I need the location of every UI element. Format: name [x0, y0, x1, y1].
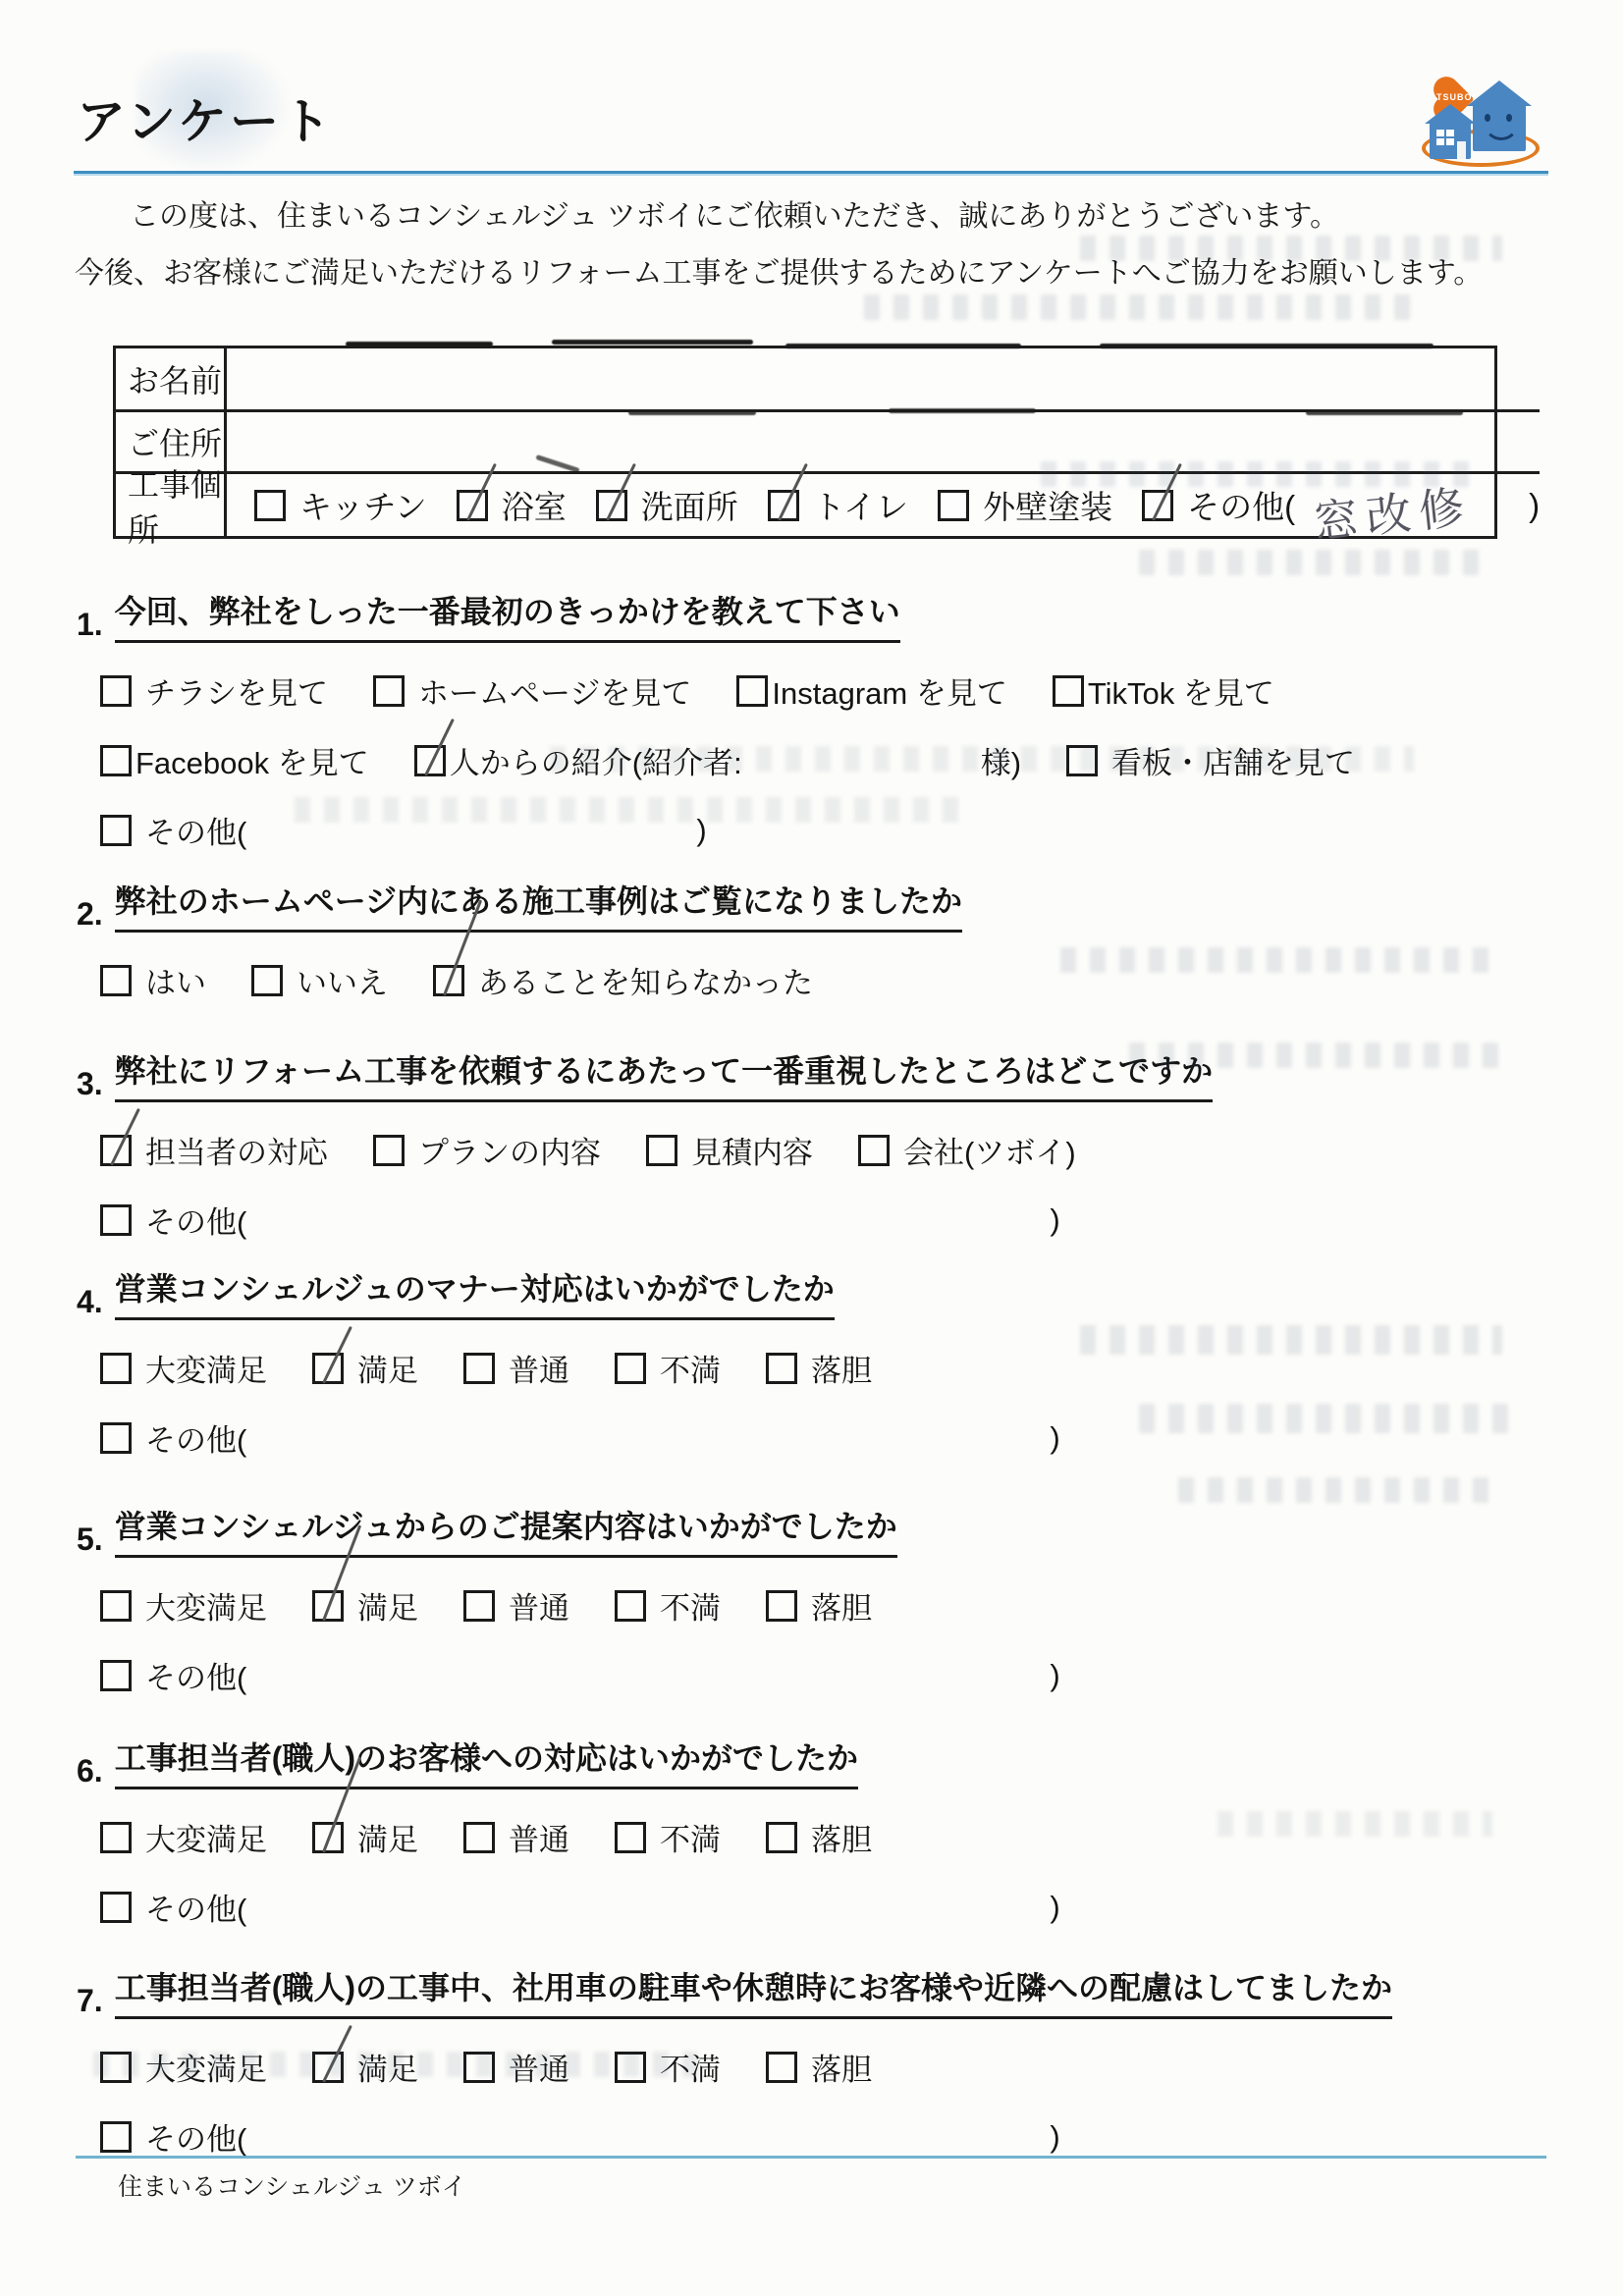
question-options: チラシを見てホームページを見てInstagram を見てTikTok を見てFa…: [77, 668, 1594, 852]
survey-option: チラシを見て: [100, 668, 328, 713]
checkbox[interactable]: [615, 1590, 646, 1622]
question-title: 工事担当者(職人)のお客様への対応はいかがでしたか: [115, 1734, 858, 1789]
option-suffix: 様): [981, 738, 1021, 782]
checkbox-checked[interactable]: [312, 1822, 344, 1853]
option-label: その他(: [1187, 482, 1295, 528]
survey-option: 浴室: [457, 482, 567, 528]
checkbox[interactable]: [100, 1590, 132, 1622]
option-label: 大変満足: [145, 1815, 267, 1859]
checkbox-checked[interactable]: [312, 2052, 344, 2083]
option-line: チラシを見てホームページを見てInstagram を見てTikTok を見て: [77, 668, 1594, 713]
survey-option: その他(): [100, 1653, 1060, 1697]
survey-option: ホームページを見て: [373, 668, 691, 713]
question-heading: 1. 今回、弊社をしった一番最初のきっかけを教えて下さい: [77, 587, 1594, 643]
option-label: 落胆: [811, 1815, 872, 1859]
fill-in-blank-space[interactable]: [260, 829, 682, 831]
question-5: 5. 営業コンシェルジュからのご提案内容はいかがでしたか 大変満足満足普通不満落…: [77, 1502, 1594, 1697]
option-label: あることを知らなかった: [478, 958, 813, 1002]
checkbox[interactable]: [463, 1353, 495, 1384]
option-label: その他(: [145, 1653, 246, 1697]
survey-option: 普通: [463, 1583, 569, 1628]
option-label: 満足: [357, 1346, 418, 1390]
checkbox[interactable]: [100, 965, 132, 996]
checkbox[interactable]: [100, 1353, 132, 1384]
checkbox[interactable]: [100, 1822, 132, 1853]
checkbox[interactable]: [1053, 675, 1084, 707]
option-suffix: ): [1050, 1658, 1059, 1693]
option-label: その他(: [145, 808, 246, 852]
survey-option: 会社(ツボイ): [858, 1128, 1076, 1172]
option-label: プランの内容: [418, 1128, 601, 1172]
survey-option: その他(): [100, 1415, 1060, 1460]
survey-option: プランの内容: [373, 1128, 601, 1172]
checkbox[interactable]: [373, 675, 405, 707]
question-2: 2. 弊社のホームページ内にある施工事例はご覧になりましたか はいいいえあること…: [77, 877, 1594, 1002]
option-line: 担当者の対応プランの内容見積内容会社(ツボイ): [77, 1128, 1594, 1172]
checkbox[interactable]: [100, 1422, 132, 1454]
fill-in-blank-space[interactable]: [1489, 505, 1515, 507]
checkbox[interactable]: [1066, 745, 1098, 776]
option-label: 人からの紹介(紹介者:: [450, 738, 742, 782]
checkbox[interactable]: [938, 490, 969, 521]
option-suffix: ): [1050, 1202, 1059, 1238]
option-label: 浴室: [502, 482, 567, 528]
question-7: 7. 工事担当者(職人)の工事中、社用車の駐車や休憩時にお客様や近隣への配慮はし…: [77, 1963, 1594, 2159]
small-house-icon: [1430, 122, 1471, 159]
question-title: 営業コンシェルジュのマナー対応はいかがでしたか: [115, 1264, 835, 1320]
question-number: 4.: [77, 1284, 103, 1320]
house-door-icon: [1457, 141, 1466, 159]
redaction-streak: [552, 340, 753, 345]
house-smiley-icon: [1473, 104, 1526, 151]
checkbox[interactable]: [100, 1204, 132, 1236]
option-label: ホームページを見て: [418, 668, 691, 713]
survey-option: 満足: [312, 1815, 418, 1859]
question-number: 6.: [77, 1753, 103, 1789]
question-options: 担当者の対応プランの内容見積内容会社(ツボイ)その他(): [77, 1128, 1594, 1242]
question-heading: 3. 弊社にリフォーム工事を依頼するにあたって一番重視したところはどこですか: [77, 1046, 1594, 1102]
option-label: 普通: [509, 1346, 569, 1390]
scanned-survey-page: アンケート TSUBOI この度は、住まいるコンシェルジュ ツボイにご依頼いただ…: [0, 0, 1623, 2296]
question-options: 大変満足満足普通不満落胆その他(): [77, 2045, 1594, 2159]
survey-option: 落胆: [766, 1346, 872, 1390]
question-3: 3. 弊社にリフォーム工事を依頼するにあたって一番重視したところはどこですか 担…: [77, 1046, 1594, 1242]
checkbox[interactable]: [251, 965, 283, 996]
survey-option: 洗面所: [596, 482, 738, 528]
survey-option: いいえ: [251, 958, 388, 1002]
checkbox[interactable]: [100, 1660, 132, 1691]
fill-in-blank-space[interactable]: [260, 1437, 1036, 1439]
option-label: キッチン: [299, 482, 427, 528]
option-label: 看板・店舗を見て: [1111, 738, 1355, 782]
name-field[interactable]: [227, 348, 1540, 409]
footer-divider: [76, 2156, 1546, 2159]
survey-option: キッチン: [254, 482, 427, 528]
survey-option: 見積内容: [646, 1128, 813, 1172]
option-line: 大変満足満足普通不満落胆: [77, 1346, 1594, 1390]
survey-option: はい: [100, 958, 206, 1002]
checkbox[interactable]: [463, 1590, 495, 1622]
checkbox[interactable]: [254, 490, 286, 521]
survey-option: 人からの紹介(紹介者:様): [414, 738, 1021, 782]
survey-option: 大変満足: [100, 2045, 267, 2089]
option-line: 大変満足満足普通不満落胆: [77, 1583, 1594, 1628]
checkbox-checked[interactable]: [312, 1353, 344, 1384]
question-number: 2.: [77, 896, 103, 933]
survey-option: 看板・店舗を見て: [1066, 738, 1355, 782]
survey-option: 大変満足: [100, 1346, 267, 1390]
option-line: その他(): [77, 1198, 1594, 1242]
question-number: 5.: [77, 1522, 103, 1558]
bleed-through-artifact: [1139, 550, 1492, 575]
fill-in-blank-space[interactable]: [260, 1675, 1036, 1677]
survey-option: 落胆: [766, 2045, 872, 2089]
option-line: 大変満足満足普通不満落胆: [77, 2045, 1594, 2089]
option-label: 落胆: [811, 1346, 872, 1390]
checkbox[interactable]: [373, 1135, 405, 1166]
question-heading: 2. 弊社のホームページ内にある施工事例はご覧になりましたか: [77, 877, 1594, 933]
checkbox[interactable]: [100, 675, 132, 707]
survey-option: その他(): [100, 808, 707, 852]
option-label: 落胆: [811, 1583, 872, 1628]
checkbox[interactable]: [100, 1892, 132, 1923]
survey-option: 落胆: [766, 1583, 872, 1628]
checkbox[interactable]: [736, 675, 768, 707]
option-label: 不満: [660, 1583, 721, 1628]
survey-option: トイレ: [768, 482, 908, 528]
fill-in-blank-space[interactable]: [260, 1219, 1036, 1221]
option-line: 大変満足満足普通不満落胆: [77, 1815, 1594, 1859]
checkbox-checked[interactable]: [100, 1135, 132, 1166]
option-label: 普通: [509, 1583, 569, 1628]
tsuboi-logo: TSUBOI: [1422, 71, 1542, 167]
checkbox[interactable]: [766, 1822, 797, 1853]
survey-option: 外壁塗装: [938, 482, 1112, 528]
option-label: チラシを見て: [145, 668, 328, 713]
option-label: 担当者の対応: [145, 1128, 328, 1172]
question-number: 7.: [77, 1983, 103, 2019]
survey-option: 満足: [312, 1583, 418, 1628]
customer-info-table: お名前 ご住所 工事個所 キッチン浴室洗面所トイレ外壁塗装その他(窓改修): [113, 346, 1497, 539]
page-title: アンケート: [77, 82, 334, 153]
option-label: その他(: [145, 1415, 246, 1460]
survey-option: 担当者の対応: [100, 1128, 328, 1172]
fill-in-blank-space[interactable]: [260, 2136, 1036, 2138]
question-options: 大変満足満足普通不満落胆その他(): [77, 1583, 1594, 1697]
question-4: 4. 営業コンシェルジュのマナー対応はいかがでしたか 大変満足満足普通不満落胆そ…: [77, 1264, 1594, 1460]
option-label: Facebook を見て: [135, 738, 369, 782]
option-label: トイレ: [813, 482, 908, 528]
checkbox-checked[interactable]: [1142, 490, 1173, 521]
work-area-row-label: 工事個所: [116, 471, 227, 536]
option-label: 大変満足: [145, 1583, 267, 1628]
option-label: 満足: [357, 1815, 418, 1859]
checkbox[interactable]: [100, 745, 132, 776]
footer-company-name: 住まいるコンシェルジュ ツボイ: [118, 2167, 466, 2203]
option-label: TikTok を見て: [1088, 668, 1274, 713]
option-suffix: ): [1050, 2119, 1059, 2155]
option-suffix: ): [1050, 1420, 1059, 1456]
option-label: その他(: [145, 1198, 246, 1242]
question-title: 工事担当者(職人)の工事中、社用車の駐車や休憩時にお客様や近隣への配慮はしてまし…: [115, 1963, 1392, 2019]
option-suffix: ): [1050, 1890, 1059, 1925]
survey-option: Facebook を見て: [100, 738, 369, 782]
question-title: 弊社にリフォーム工事を依頼するにあたって一番重視したところはどこですか: [115, 1046, 1213, 1102]
option-label: その他(: [145, 1885, 246, 1929]
checkbox[interactable]: [766, 1590, 797, 1622]
checkbox[interactable]: [100, 2052, 132, 2083]
option-label: 見積内容: [691, 1128, 813, 1172]
checkbox[interactable]: [100, 2121, 132, 2153]
intro-line-2: 今後、お客様にご満足いただけるリフォーム工事をご提供するためにアンケートへご協力…: [75, 245, 1577, 302]
option-suffix: ): [1529, 487, 1540, 524]
question-options: 大変満足満足普通不満落胆その他(): [77, 1346, 1594, 1460]
question-6: 6. 工事担当者(職人)のお客様への対応はいかがでしたか 大変満足満足普通不満落…: [77, 1734, 1594, 1929]
option-label: はい: [145, 958, 206, 1002]
option-line: その他(): [77, 808, 1594, 852]
option-label: 普通: [509, 2045, 569, 2089]
survey-option: TikTok を見て: [1053, 668, 1274, 713]
option-label: 洗面所: [641, 482, 738, 528]
option-line: Facebook を見て人からの紹介(紹介者:様)看板・店舗を見て: [77, 738, 1594, 782]
option-label: 不満: [660, 2045, 721, 2089]
checkbox-checked[interactable]: [414, 745, 446, 776]
question-heading: 6. 工事担当者(職人)のお客様への対応はいかがでしたか: [77, 1734, 1594, 1789]
checkbox-checked[interactable]: [768, 490, 799, 521]
question-options: はいいいえあることを知らなかった: [77, 958, 1594, 1002]
checkbox[interactable]: [646, 1135, 677, 1166]
bleed-through-artifact: [1178, 1477, 1502, 1503]
checkbox-checked[interactable]: [433, 965, 464, 996]
survey-option: 不満: [615, 1346, 721, 1390]
survey-option: 大変満足: [100, 1815, 267, 1859]
house-window-icon: [1436, 130, 1454, 145]
option-label: Instagram を見て: [772, 668, 1006, 713]
survey-option: 大変満足: [100, 1583, 267, 1628]
survey-option: その他(窓改修): [1142, 473, 1540, 538]
fill-in-blank-space[interactable]: [746, 760, 977, 762]
checkbox-checked[interactable]: [457, 490, 488, 521]
question-options: 大変満足満足普通不満落胆その他(): [77, 1815, 1594, 1929]
name-row-label: お名前: [116, 348, 227, 409]
title-underline: [74, 171, 1548, 174]
survey-option: 不満: [615, 1815, 721, 1859]
option-label: 大変満足: [145, 2045, 267, 2089]
question-heading: 7. 工事担当者(職人)の工事中、社用車の駐車や休憩時にお客様や近隣への配慮はし…: [77, 1963, 1594, 2019]
option-label: 落胆: [811, 2045, 872, 2089]
option-line: その他(): [77, 1885, 1594, 1929]
question-title: 今回、弊社をしった一番最初のきっかけを教えて下さい: [115, 587, 900, 643]
option-label: 普通: [509, 1815, 569, 1859]
option-label: 不満: [660, 1346, 721, 1390]
checkbox[interactable]: [615, 2052, 646, 2083]
survey-option: 満足: [312, 2045, 418, 2089]
checkbox-checked[interactable]: [596, 490, 627, 521]
question-number: 3.: [77, 1066, 103, 1102]
checkbox[interactable]: [463, 2052, 495, 2083]
question-1: 1. 今回、弊社をしった一番最初のきっかけを教えて下さい チラシを見てホームペー…: [77, 587, 1594, 852]
option-line: その他(): [77, 2114, 1594, 2159]
survey-option: 不満: [615, 2045, 721, 2089]
survey-option: その他(): [100, 2114, 1060, 2159]
option-label: 大変満足: [145, 1346, 267, 1390]
work-area-options: キッチン浴室洗面所トイレ外壁塗装その他(窓改修): [227, 471, 1540, 536]
address-field[interactable]: [227, 409, 1540, 471]
checkbox[interactable]: [615, 1822, 646, 1853]
option-line: キッチン浴室洗面所トイレ外壁塗装その他(窓改修): [239, 473, 1540, 538]
checkbox[interactable]: [100, 815, 132, 846]
survey-option: その他(): [100, 1198, 1060, 1242]
logo-brand-text: TSUBOI: [1430, 92, 1483, 102]
option-label: いいえ: [297, 958, 388, 1002]
question-title: 弊社のホームページ内にある施工事例はご覧になりましたか: [115, 877, 962, 933]
question-heading: 5. 営業コンシェルジュからのご提案内容はいかがでしたか: [77, 1502, 1594, 1558]
option-label: 不満: [660, 1815, 721, 1859]
intro-line-1: この度は、住まいるコンシェルジュ ツボイにご依頼いただき、誠にありがとうございま…: [75, 188, 1577, 245]
survey-option: 不満: [615, 1583, 721, 1628]
question-title: 営業コンシェルジュからのご提案内容はいかがでしたか: [115, 1502, 897, 1558]
survey-option: Instagram を見て: [736, 668, 1006, 713]
option-label: 会社(ツボイ): [903, 1128, 1076, 1172]
question-heading: 4. 営業コンシェルジュのマナー対応はいかがでしたか: [77, 1264, 1594, 1320]
checkbox[interactable]: [858, 1135, 890, 1166]
question-number: 1.: [77, 607, 103, 643]
option-line: その他(): [77, 1653, 1594, 1697]
checkbox[interactable]: [615, 1353, 646, 1384]
checkbox[interactable]: [766, 1353, 797, 1384]
survey-option: 普通: [463, 2045, 569, 2089]
option-label: 外壁塗装: [983, 482, 1112, 528]
option-label: 満足: [357, 1583, 418, 1628]
option-line: はいいいえあることを知らなかった: [77, 958, 1594, 1002]
option-label: その他(: [145, 2114, 246, 2159]
option-suffix: ): [696, 813, 706, 848]
survey-option: 満足: [312, 1346, 418, 1390]
survey-option: あることを知らなかった: [433, 958, 813, 1002]
survey-option: その他(): [100, 1885, 1060, 1929]
intro-paragraph: この度は、住まいるコンシェルジュ ツボイにご依頼いただき、誠にありがとうございま…: [75, 188, 1577, 302]
house-smile-icon: [1484, 120, 1519, 140]
survey-option: 普通: [463, 1346, 569, 1390]
checkbox[interactable]: [463, 1822, 495, 1853]
option-line: その他(): [77, 1415, 1594, 1460]
option-label: 満足: [357, 2045, 418, 2089]
survey-option: 普通: [463, 1815, 569, 1859]
checkbox[interactable]: [766, 2052, 797, 2083]
fill-in-blank-space[interactable]: [260, 1906, 1036, 1908]
checkbox-checked[interactable]: [312, 1590, 344, 1622]
survey-option: 落胆: [766, 1815, 872, 1859]
handwritten-answer: 窓改修: [1310, 470, 1475, 552]
